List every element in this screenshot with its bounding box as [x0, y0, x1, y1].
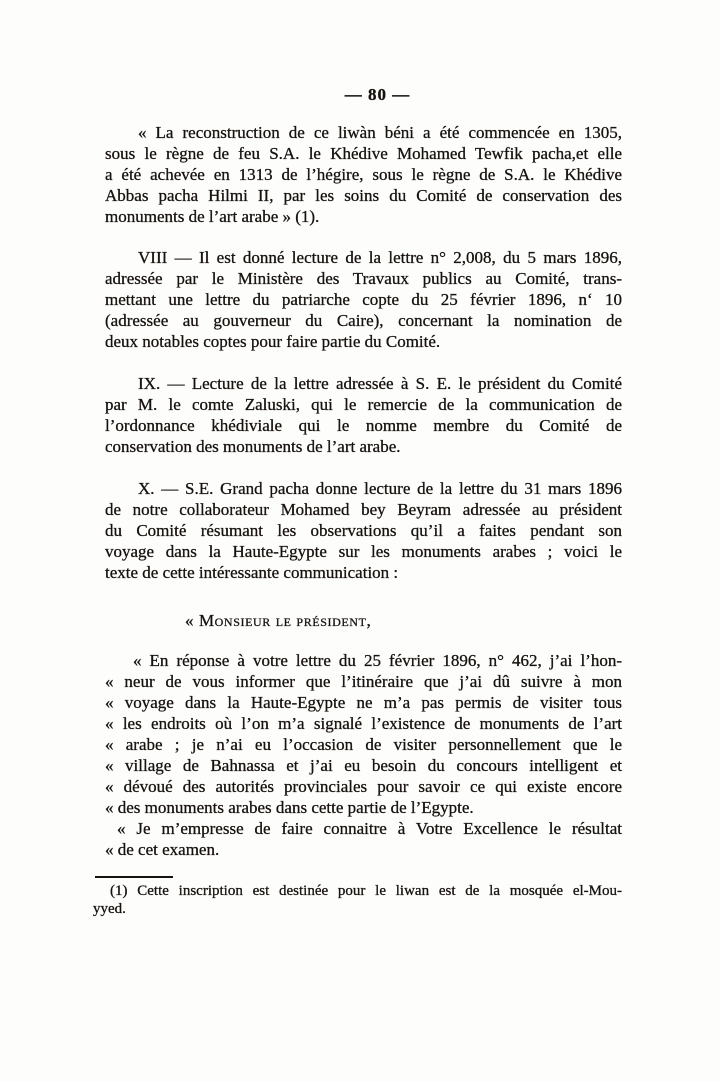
scanned-page: — 80 — « La reconstruction de ce liwàn b…	[0, 0, 720, 1082]
text-line: IX. — Lecture de la lettre adressée à S.…	[105, 373, 622, 394]
footnote-line: (1) Cette inscription est destinée pour …	[93, 882, 622, 900]
text-line: « La reconstruction de ce liwàn béni a é…	[105, 122, 622, 143]
text-line: « Monsieur le président,	[105, 610, 622, 631]
text-line: adressée par le Ministère des Travaux pu…	[105, 268, 622, 289]
text-line: (adressée au gouverneur du Caire), conce…	[105, 310, 622, 331]
footnote-rule	[95, 876, 173, 878]
paragraph-letter-closing: « Je m’empresse de faire connaitre à Vot…	[105, 818, 622, 860]
text-line: Abbas pacha Hilmi II, par les soins du C…	[105, 185, 622, 206]
text-line: « neur de vous informer que l’itinéraire…	[105, 671, 622, 692]
page-number: — 80 —	[105, 85, 622, 105]
text-line: conservation des monuments de l’art arab…	[105, 436, 622, 457]
text-line: monuments de l’art arabe » (1).	[105, 206, 622, 227]
text-line: sous le règne de feu S.A. le Khédive Moh…	[105, 143, 622, 164]
text-line: du Comité résumant les observations qu’i…	[105, 520, 622, 541]
text-line: voyage dans la Haute-Egypte sur les monu…	[105, 541, 622, 562]
paragraph-viii: VIII — Il est donné lecture de la lettre…	[105, 247, 622, 352]
paragraph-inscription-quote: « La reconstruction de ce liwàn béni a é…	[105, 122, 622, 227]
text-line: « village de Bahnassa et j’ai eu besoin …	[105, 755, 622, 776]
text-line: « de cet examen.	[105, 839, 622, 860]
text-line: X. — S.E. Grand pacha donne lecture de l…	[105, 478, 622, 499]
text-line: mettant une lettre du patriarche copte d…	[105, 289, 622, 310]
text-line: « Je m’empresse de faire connaitre à Vot…	[105, 818, 622, 839]
text-line: « voyage dans la Haute-Egypte ne m’a pas…	[105, 692, 622, 713]
text-line: texte de cette intéressante communicatio…	[105, 562, 622, 583]
text-line: par M. le comte Zaluski, qui le remercie…	[105, 394, 622, 415]
paragraph-salutation: « Monsieur le président,	[105, 610, 622, 631]
text-line: « dévoué des autorités provinciales pour…	[105, 776, 622, 797]
text-line: « des monuments arabes dans cette partie…	[105, 797, 622, 818]
text-line: « En réponse à votre lettre du 25 févrie…	[105, 650, 622, 671]
footnote: (1) Cette inscription est destinée pour …	[93, 882, 622, 918]
text-line: VIII — Il est donné lecture de la lettre…	[105, 247, 622, 268]
text-line: « arabe ; je n’ai eu l’occasion de visit…	[105, 734, 622, 755]
paragraph-letter-body: « En réponse à votre lettre du 25 févrie…	[105, 650, 622, 818]
text-line: de notre collaborateur Mohamed bey Beyra…	[105, 499, 622, 520]
text-line: « les endroits où l’on m’a signalé l’exi…	[105, 713, 622, 734]
text-block: « La reconstruction de ce liwàn béni a é…	[105, 122, 622, 860]
text-line: deux notables coptes pour faire partie d…	[105, 331, 622, 352]
text-line: l’ordonnance khédiviale qui le nomme mem…	[105, 415, 622, 436]
text-line: a été achevée en 1313 de l’hégire, sous …	[105, 164, 622, 185]
paragraph-x: X. — S.E. Grand pacha donne lecture de l…	[105, 478, 622, 583]
paragraph-ix: IX. — Lecture de la lettre adressée à S.…	[105, 373, 622, 457]
footnote-line: yyed.	[93, 900, 622, 918]
